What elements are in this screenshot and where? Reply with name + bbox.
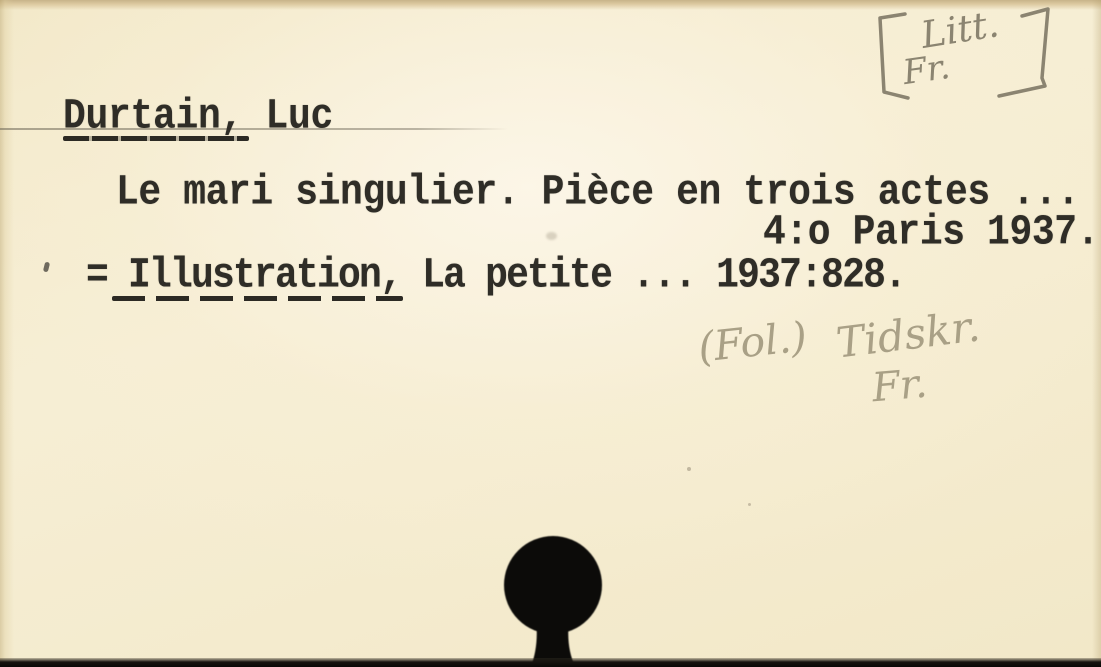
bracket-right-icon [999, 9, 1048, 96]
classification-note-line2: Fr. [900, 47, 952, 93]
format-note-language: Fr. [870, 361, 929, 412]
reference-citation: La petite ... 1937:828. [401, 252, 905, 300]
journal-dashed-underline [112, 296, 403, 301]
card-right-edge [1092, 0, 1101, 667]
format-note-folio: (Fol.) [696, 312, 809, 371]
author-forename: Luc [243, 93, 333, 141]
dust-speck [748, 503, 751, 506]
reference-journal-name: Illustration, [128, 252, 401, 300]
card-left-edge [0, 0, 14, 667]
author-surname: Durtain, [63, 93, 243, 141]
reference-equals-sign: = [86, 252, 128, 300]
hole-punch-icon [495, 530, 615, 667]
author-heading: Durtain, Luc [63, 96, 333, 139]
dust-speck [687, 467, 691, 471]
smudge-speck [546, 232, 557, 240]
catalog-card: Durtain, Luc Le mari singulier. Pièce en… [0, 0, 1101, 667]
imprint-line: 4:o Paris 1937. [763, 212, 1099, 255]
author-underline [63, 136, 249, 141]
ink-speck [43, 262, 50, 273]
format-note-tidskr: Tidskr. [834, 301, 983, 367]
card-bottom-edge [0, 658, 1101, 667]
reference-line: = Illustration, La petite ... 1937:828. [86, 255, 905, 298]
